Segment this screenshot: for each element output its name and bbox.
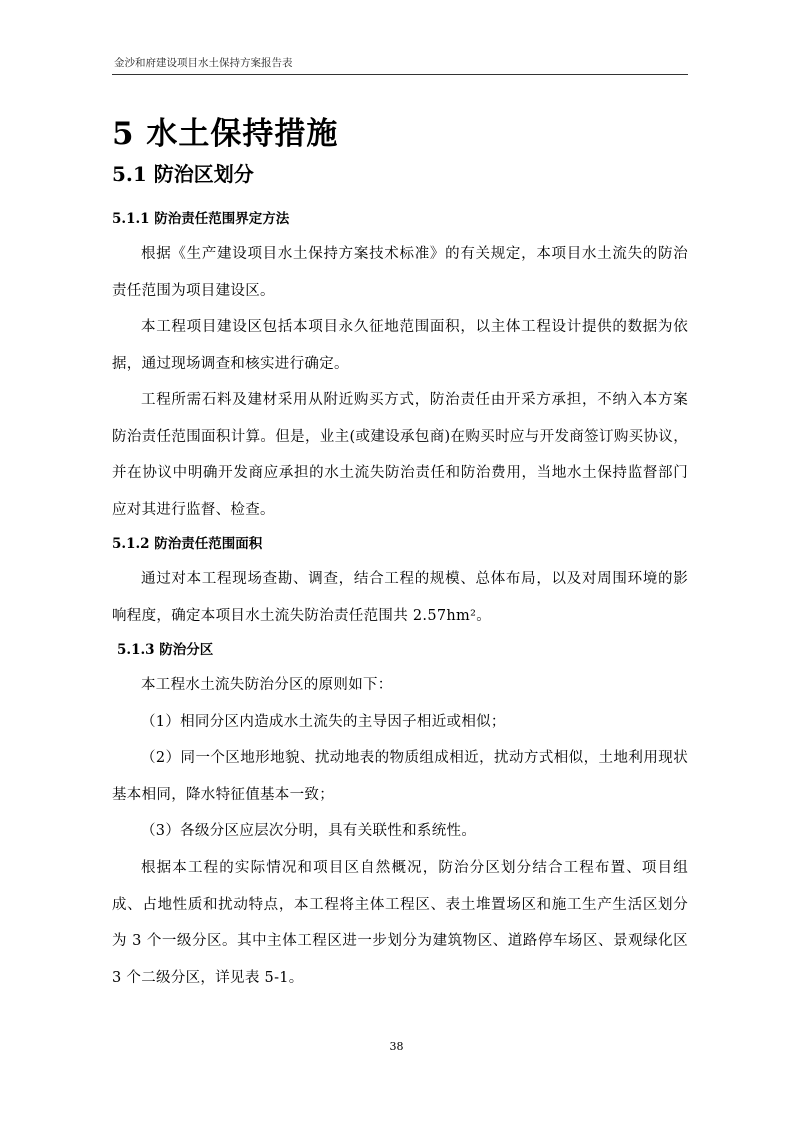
paragraph: 本工程水土流失防治分区的原则如下： xyxy=(112,667,688,704)
subsection-heading-5-1-2: 5.1.2 防治责任范围面积 xyxy=(112,532,262,552)
section-heading: 5.1 防治区划分 xyxy=(112,158,254,187)
subsection-heading-5-1-1: 5.1.1 防治责任范围界定方法 xyxy=(112,207,289,227)
list-item: （2）同一个区地形地貌、扰动地表的物质组成相近，扰动方式相似，土地利用现状基本相… xyxy=(112,740,688,813)
page-number: 38 xyxy=(0,1040,793,1053)
running-header: 金沙和府建设项目水土保持方案报告表 xyxy=(112,52,688,75)
document-title: 金沙和府建设项目水土保持方案报告表 xyxy=(114,55,293,70)
subsection-heading-5-1-3: 5.1.3 防治分区 xyxy=(117,638,213,658)
chapter-heading: 5 水土保持措施 xyxy=(112,108,338,153)
paragraph: 本工程项目建设区包括本项目永久征地范围面积，以主体工程设计提供的数据为依据，通过… xyxy=(112,309,688,382)
paragraph: 根据本工程的实际情况和项目区自然概况，防治分区划分结合工程布置、项目组成、占地性… xyxy=(112,850,688,996)
list-item: （1）相同分区内造成水土流失的主导因子相近或相似； xyxy=(112,704,688,741)
paragraph: 通过对本工程现场查勘、调查，结合工程的规模、总体布局，以及对周围环境的影响程度，… xyxy=(112,561,688,634)
paragraph: 工程所需石料及建材采用从附近购买方式，防治责任由开采方承担，不纳入本方案防治责任… xyxy=(112,382,688,528)
paragraph: 根据《生产建设项目水土保持方案技术标准》的有关规定，本项目水土流失的防治责任范围… xyxy=(112,236,688,309)
list-item: （3）各级分区应层次分明，具有关联性和系统性。 xyxy=(112,813,688,850)
